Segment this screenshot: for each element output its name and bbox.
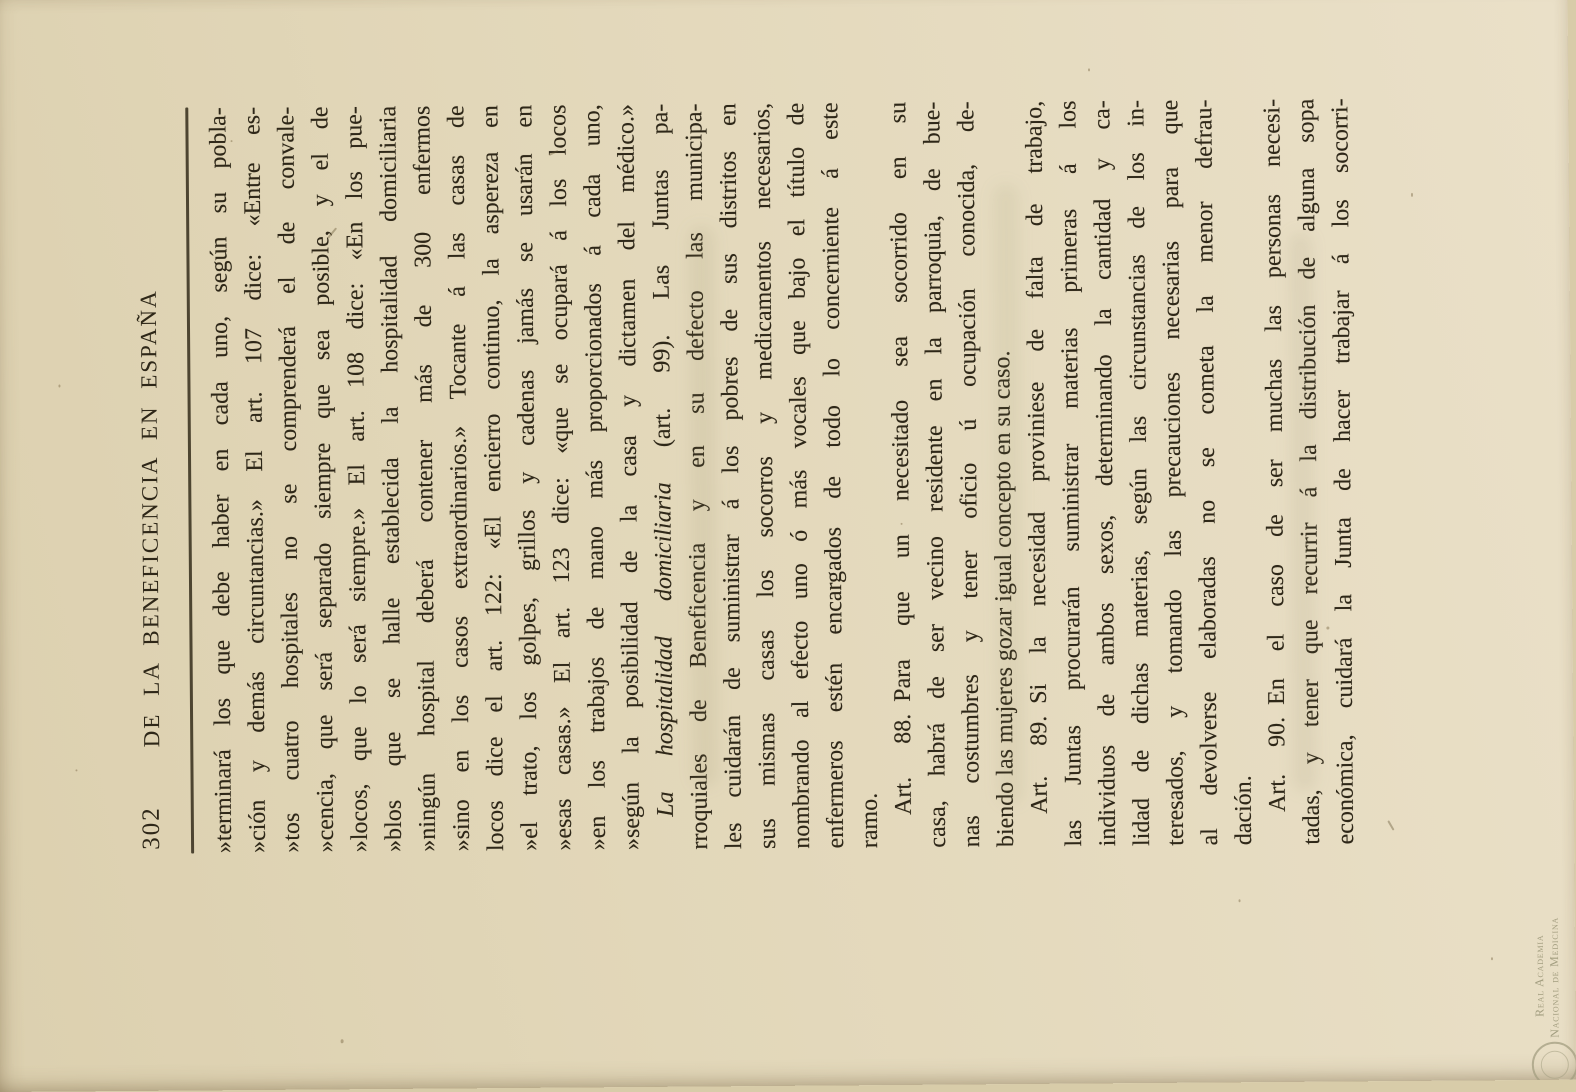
stamp-text-line1: Real Academia (1532, 917, 1548, 1038)
paper-speck (1326, 627, 1329, 630)
text-line: económica, cuidará la Junta de hacer tra… (1323, 98, 1363, 844)
text-span: al devolverse elaboradas no se cometa la… (1191, 99, 1223, 845)
paper-speck (231, 140, 233, 142)
text-span: locos dice el art. 122: «El encierro con… (477, 105, 509, 851)
text-line: nombrando al efecto uno ó más vocales qu… (779, 103, 819, 849)
text-line: »ningún hospital deberá contener más de … (405, 106, 445, 852)
text-line: Art. 88. Para que un necesitado sea soco… (881, 102, 921, 848)
text-line: La hospitalidad domiciliaria (art. 99). … (643, 104, 683, 850)
stamp-seal-icon (1532, 1042, 1576, 1088)
text-line: »blos que se halle establecida la hospit… (371, 106, 411, 852)
text-line: »tos cuatro hospitales no se comprenderá… (269, 107, 309, 853)
text-span: nombrando al efecto uno ó más vocales qu… (783, 103, 815, 849)
text-span: dación. (1231, 775, 1258, 845)
paper-speck (75, 769, 77, 771)
text-span: les cuidarán de suministrar á los pobres… (715, 103, 747, 849)
text-span: »sino en los casos extraordinarios.» Toc… (443, 105, 475, 851)
text-span: »locos, que lo será siempre.» El art. 10… (341, 106, 373, 852)
text-line: »locos, que lo será siempre.» El art. 10… (337, 106, 377, 852)
text-line: »el trato, los golpes, grillos y cadenas… (507, 105, 547, 851)
header-rule (185, 107, 193, 853)
running-title: DE LA BENEFICENCIA EN ESPAÑA (135, 146, 167, 891)
text-span: »tos cuatro hospitales no se comprenderá… (273, 107, 305, 853)
paper-speck (58, 385, 60, 388)
paper-speck (1411, 193, 1413, 197)
paper-speck (1088, 68, 1090, 71)
text-line: enfermeros estén encargados de todo lo c… (813, 102, 853, 848)
text-span: »terminará los que debe haber en cada un… (205, 107, 237, 853)
text-span: Art. 90. En el caso de ser muchas las pe… (1259, 99, 1291, 812)
text-line: al devolverse elaboradas no se cometa la… (1187, 99, 1227, 845)
paper-speck (1239, 899, 1241, 902)
text-span: »cencia, que será separado siempre que s… (307, 106, 339, 852)
text-line: sus mismas casas los socorros y medicame… (745, 103, 785, 849)
text-span: (art. 99). Las Juntas pa- (647, 104, 676, 483)
scan-canvas: 302 DE LA BENEFICENCIA EN ESPAÑA »termin… (0, 0, 1576, 1092)
text-line: casa, habrá de ser vecino residente en l… (915, 102, 955, 848)
text-line: lidad de dichas materias, según las circ… (1119, 100, 1159, 846)
text-line: »según la posibilidad de la casa y dicta… (609, 104, 649, 850)
text-line: Art. 90. En el caso de ser muchas las pe… (1255, 99, 1295, 845)
text-line: las Juntas procurarán suministrar materi… (1051, 100, 1091, 846)
text-span: »blos que se halle establecida la hospit… (375, 106, 407, 852)
text-line: ramo. (847, 102, 887, 848)
stamp-text: Real Academia Nacional de Medicina (1532, 917, 1563, 1038)
show-through-smudge (688, 226, 718, 786)
text-span: las Juntas procurarán suministrar materi… (1055, 100, 1087, 846)
text-line: »esas casas.» El art. 123 dice: «que se … (541, 104, 581, 850)
text-line: »terminará los que debe haber en cada un… (201, 107, 241, 853)
text-line: »sino en los casos extraordinarios.» Toc… (439, 105, 479, 851)
paper-speck (341, 1039, 344, 1043)
stamp-text-line2: Nacional de Medicina (1547, 917, 1563, 1038)
text-span: teresados, y tomando las precauciones ne… (1157, 100, 1189, 846)
text-span: »ningún hospital deberá contener más de … (409, 106, 441, 852)
text-span: individuos de ambos sexos, determinando … (1089, 100, 1121, 846)
text-span: »ción y demás circuntancias.» El art. 10… (239, 107, 271, 853)
text-span: »el trato, los golpes, grillos y cadenas… (511, 105, 543, 851)
text-span: económica, cuidará la Junta de hacer tra… (1327, 98, 1359, 844)
text-span: Art. 89. Si la necesidad proviniese de f… (1021, 101, 1053, 814)
paper-speck (1491, 957, 1493, 960)
text-span: Art. 88. Para que un necesitado sea soco… (885, 102, 917, 815)
text-span: »esas casas.» El art. 123 dice: «que se … (545, 104, 577, 850)
paper-speck (901, 523, 903, 525)
library-stamp: Real Academia Nacional de Medicina (1516, 850, 1576, 1080)
text-line: »ción y demás circuntancias.» El art. 10… (235, 107, 275, 853)
text-line: locos dice el art. 122: «El encierro con… (473, 105, 513, 851)
text-span: nas costumbres y tener oficio ú ocupació… (953, 101, 985, 847)
show-through-smudge (993, 184, 1024, 804)
text-line: »cencia, que será separado siempre que s… (303, 106, 343, 852)
text-span: ramo. (857, 793, 883, 849)
show-through-smudge (1288, 232, 1316, 792)
text-span: »en los trabajos de mano más proporciona… (579, 104, 611, 850)
text-line: nas costumbres y tener oficio ú ocupació… (949, 101, 989, 847)
text-span: enfermeros estén encargados de todo lo c… (817, 102, 849, 848)
text-line: dación. (1221, 99, 1261, 845)
text-span: lidad de dichas materias, según las circ… (1123, 100, 1155, 846)
text-span: »según la posibilidad de la casa y dicta… (613, 104, 645, 850)
paper-fiber (1387, 820, 1394, 830)
text-block: »terminará los que debe haber en cada un… (201, 98, 1363, 853)
text-line: teresados, y tomando las precauciones ne… (1153, 100, 1193, 846)
italic-phrase: La hospitalidad domiciliaria (650, 482, 679, 817)
text-span: sus mismas casas los socorros y medicame… (749, 103, 781, 849)
book-page: 302 DE LA BENEFICENCIA EN ESPAÑA »termin… (0, 0, 1576, 1092)
text-span: casa, habrá de ser vecino residente en l… (919, 102, 951, 848)
